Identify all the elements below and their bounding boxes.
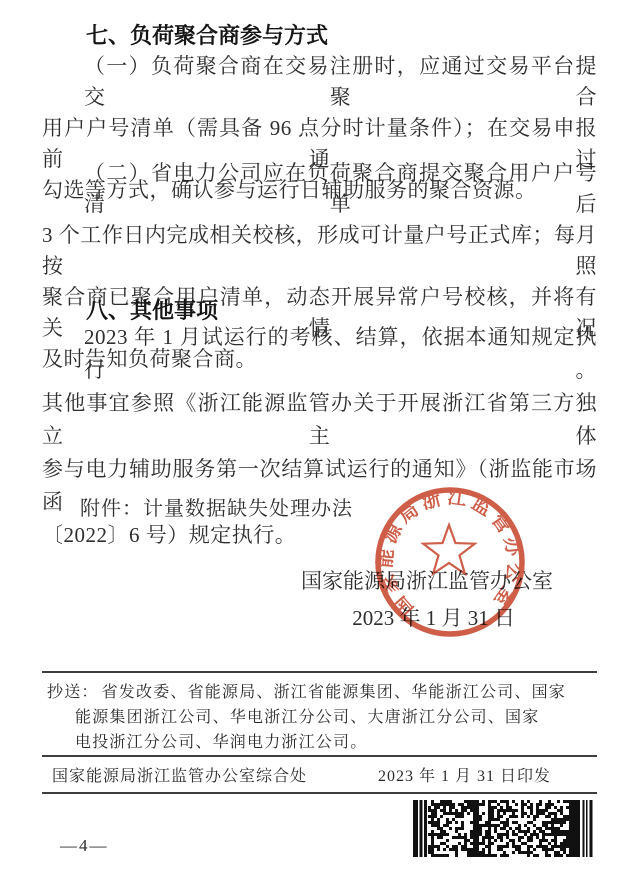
divider (42, 792, 597, 794)
print-office: 国家能源局浙江监管办公室综合处 (52, 763, 307, 791)
cc-block: 抄送：省发改委、省能源局、浙江省能源集团、华能浙江公司、国家 能源集团浙江公司、… (47, 680, 599, 755)
cc-line: 能源集团浙江公司、华电浙江分公司、大唐浙江分公司、国家 (47, 705, 599, 730)
divider (42, 671, 597, 673)
attachment-line: 附件：计量数据缺失处理办法 (80, 494, 353, 525)
cc-label: 抄送： (47, 684, 99, 701)
body-line: 3 个工作日内完成相关校核，形成可计量户号正式库；每月按照 (42, 220, 597, 282)
cc-line: 抄送：省发改委、省能源局、浙江省能源集团、华能浙江公司、国家 (47, 680, 599, 705)
body-line: 2023 年 1 月试运行的考核、结算，依据本通知规定执行。 (42, 321, 597, 387)
body-line: 其他事宜参照《浙江能源监管办关于开展浙江省第三方独立主体 (42, 387, 597, 453)
cc-line: 电投浙江分公司、华润电力浙江公司。 (47, 730, 599, 755)
pdf417-barcode (413, 800, 593, 857)
print-date: 2023 年 1 月 31 日印发 (378, 763, 551, 791)
section-heading-seven: 七、负荷聚合商参与方式 (42, 20, 597, 51)
seal-arc-text: 国家能源局浙江监管办公室 (373, 486, 527, 621)
divider (42, 755, 597, 757)
cc-text: 省发改委、省能源局、浙江省能源集团、华能浙江公司、国家 (102, 684, 566, 701)
print-info-row: 国家能源局浙江监管办公室综合处 2023 年 1 月 31 日印发 (42, 763, 597, 791)
document-page: 七、负荷聚合商参与方式 （一）负荷聚合商在交易注册时，应通过交易平台提交聚合 用… (0, 0, 636, 874)
page-number: —4— (60, 836, 109, 856)
seal-star-icon (423, 525, 474, 574)
official-seal: 国家能源局浙江监管办公室 (372, 484, 528, 640)
body-line: （二）省电力公司应在负荷聚合商提交聚合用户户号清单后 (42, 158, 597, 220)
body-line: （一）负荷聚合商在交易注册时，应通过交易平台提交聚合 (42, 51, 597, 113)
